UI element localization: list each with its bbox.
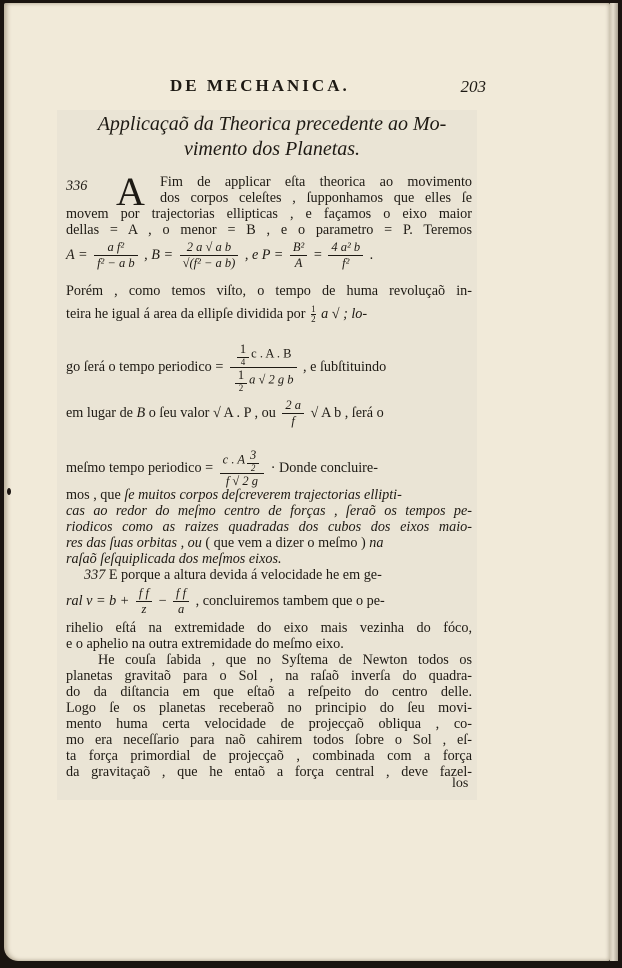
text-line: mo era neceſſario para naõ cahirem todos…	[66, 732, 472, 749]
formula-T1: 14c . A . B 12a √ 2 g b	[230, 342, 297, 393]
formula-line-velocity: ral v = b + f fz − f fa , concluiremos t…	[66, 586, 472, 617]
text-line: cas ao redor do meſmo centro de forças ,…	[66, 503, 472, 520]
text-line: movem por trajectorias ellipticas , e fa…	[66, 206, 472, 223]
text-line: dellas = A , o menor = B , e o parametro…	[66, 222, 472, 239]
text-line: riodicos como as raizes quadradas dos cu…	[66, 519, 472, 536]
text-line: raſaõ ſeſquiplicada dos meſmos eixos.	[66, 551, 472, 568]
formula-line-periodic-time: go ſerá o tempo periodico = 14c . A . B …	[66, 342, 472, 393]
formula-P2: 4 a² bf²	[328, 240, 363, 271]
text-line: He couſa ſabida , que no Syſtema de Newt…	[98, 652, 472, 669]
paragraph-number-337: 337	[84, 567, 105, 583]
running-head-title: DE MECHANICA.	[170, 76, 350, 96]
fraction-half: 12	[311, 305, 316, 324]
section-title: Applicaçaõ da Theorica precedente ao Mo-…	[62, 112, 482, 162]
text-line: 337 E porque a altura devida á velocidad…	[66, 567, 472, 584]
formula-T2: c . A32 f √ 2 g	[220, 448, 265, 489]
text-line: teira he igual á area da ellipſe dividid…	[66, 305, 472, 324]
paragraph-number-336: 336	[66, 178, 87, 195]
ink-spot	[7, 488, 11, 495]
text-line: e o aphelio na outra extremidade do meſm…	[66, 636, 472, 653]
text-line: planetas gravitaõ para o Sol , na raſaõ …	[66, 668, 472, 685]
running-head: DE MECHANICA. 203	[170, 76, 500, 100]
formula-B: 2 a √ a b√(f² − a b)	[180, 240, 239, 271]
formula-line-periodic-time-2: meſmo tempo periodico = c . A32 f √ 2 g …	[66, 448, 472, 489]
formula-2a-over-f: 2 af	[282, 398, 304, 429]
formula-P1: B²A	[290, 240, 307, 271]
formula-A: a f²f² − a b	[94, 240, 138, 271]
text-line: mos , que ſe muitos corpos deſcreverem t…	[66, 487, 472, 504]
text-line: dos corpos celeſtes , ſupponhamos que el…	[160, 190, 472, 207]
text-line: rihelio eſtá na extremidade do eixo mais…	[66, 620, 472, 637]
text-line: em lugar de B o ſeu valor √ A . P , ou 2…	[66, 398, 472, 429]
formula-ff-over-a: f fa	[173, 586, 189, 617]
text-line: mento huma certa velocidade de projecçaõ…	[66, 716, 472, 733]
text-line: do da diſtancia em que eſtaõ a reſpeito …	[66, 684, 472, 701]
page-number: 203	[461, 77, 487, 97]
text-line: Logo ſe os planetas receberaõ no princip…	[66, 700, 472, 717]
text-line: Porém , como temos viſto, o tempo de hum…	[66, 283, 472, 300]
text-line: ta força primordial de projecçaõ , combi…	[66, 748, 472, 765]
formula-ff-over-z: f fz	[136, 586, 152, 617]
catchword: los	[452, 776, 468, 792]
formula-line-ABP: A = a f²f² − a b , B = 2 a √ a b√(f² − a…	[66, 240, 472, 271]
text-line: Fim de applicar eſta theorica ao movimen…	[160, 174, 472, 191]
text-line: res das ſuas orbitas , ou ( que vem a di…	[66, 535, 472, 552]
section-title-line2: vimento dos Planetas.	[62, 137, 482, 162]
section-title-line1: Applicaçaõ da Theorica precedente ao Mo-	[62, 112, 482, 137]
text-line: da gravitaçaõ , que he entaõ a força cen…	[66, 764, 472, 781]
page-edge	[610, 3, 618, 961]
